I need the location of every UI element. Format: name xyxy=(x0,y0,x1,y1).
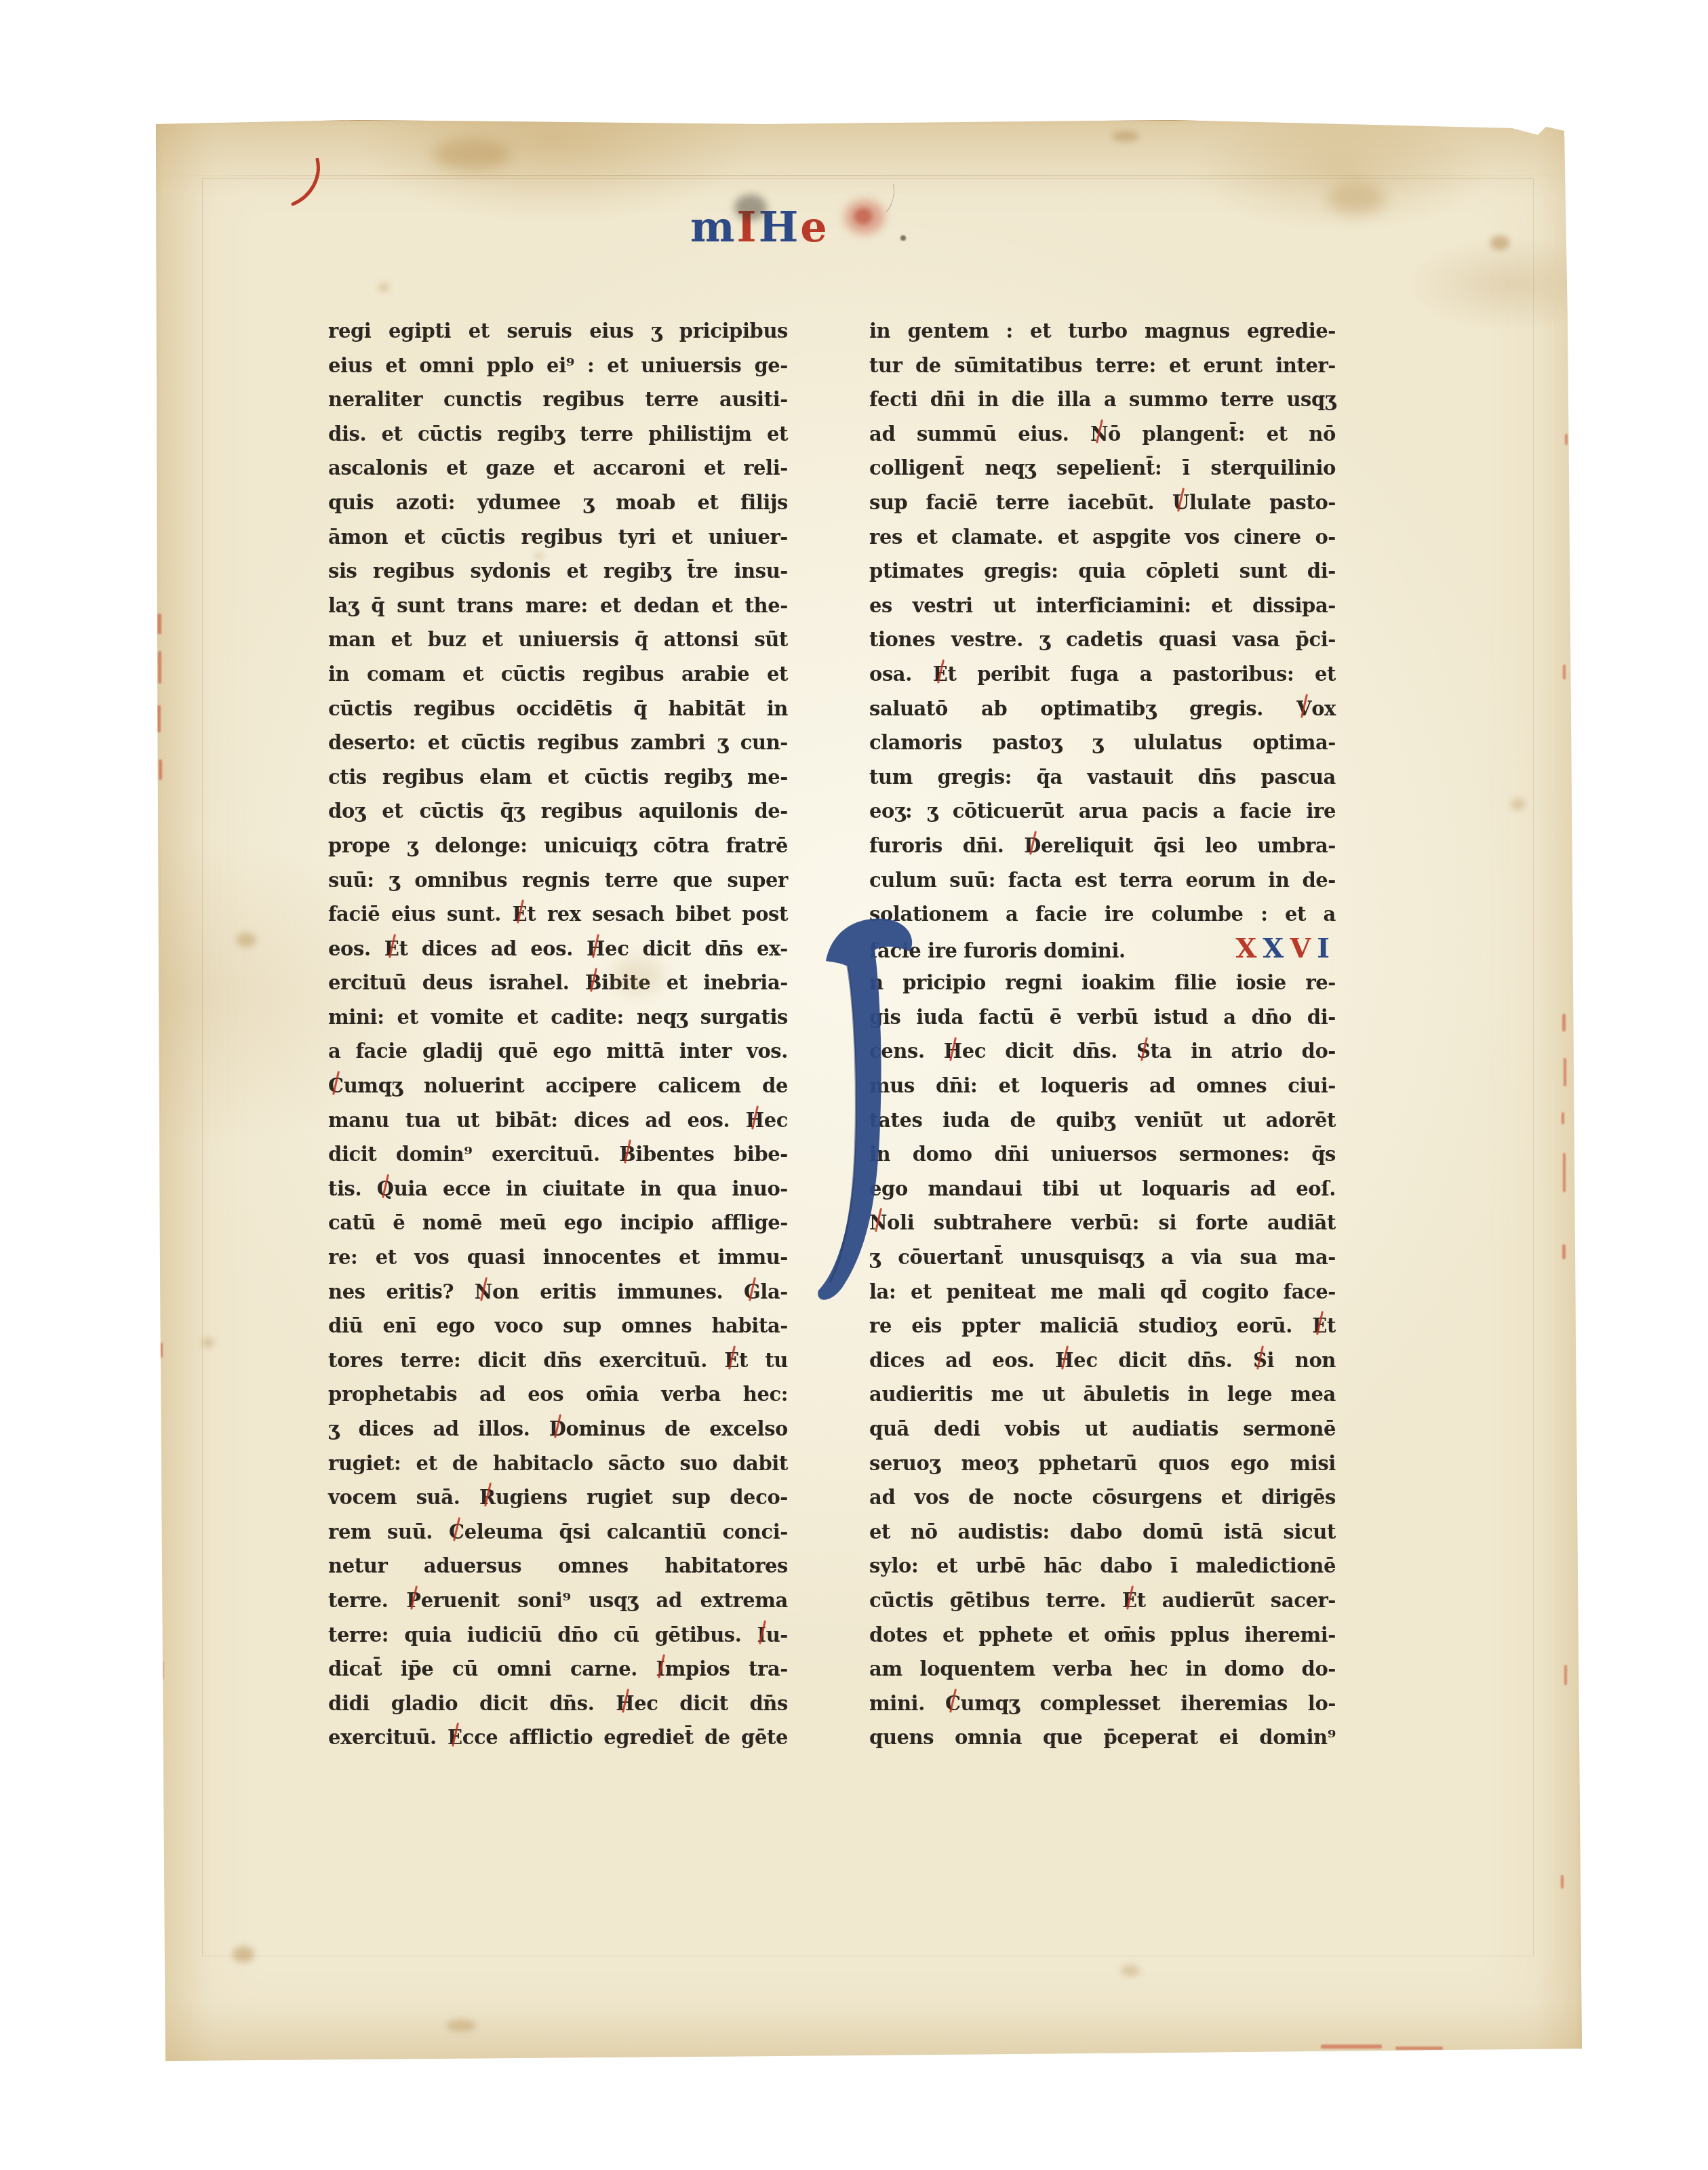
text-line-left-35: vocem suā. Rugiens rugiet sup deco- xyxy=(328,1480,788,1515)
text-line-left-37: netur aduersus omnes habitatores xyxy=(328,1549,788,1583)
text-line-left-3: neraliter cunctis regibus terre ausiti- xyxy=(328,382,788,417)
red-edge-fleck xyxy=(1561,1875,1564,1889)
text-line-right-7: res et clamate. et aspgite vos cinere o- xyxy=(869,520,1336,555)
text-line-right-41: mini. Cumqʒ complesset iheremias lo- xyxy=(869,1686,1336,1721)
text-line-right-39: dotes et pphete et om̄is pplus iheremi- xyxy=(869,1618,1336,1653)
text-line-left-5: ascalonis et gaze et accaroni et reli- xyxy=(328,451,788,486)
text-line-left-29: nes eritis? Non eritis immunes. Gla- xyxy=(328,1275,788,1309)
text-line-left-20: ercituū deus israhel. Bibite et inebria- xyxy=(328,966,788,1000)
text-line-right-10: tiones vestre. ʒ cadetis quasi vasa p̄ci… xyxy=(869,623,1336,657)
running-title-letter: m xyxy=(690,202,737,252)
text-line-right-5: colligent̄ neqʒ sepelient̄: ī sterquilin… xyxy=(869,451,1336,486)
red-edge-fleck xyxy=(1321,2045,1382,2049)
text-line-right-26: ego mandaui tibi ut loquaris ad eoſ. xyxy=(869,1172,1336,1206)
text-line-left-31: tores terre: dicit dn̄s exercituū. Et tu xyxy=(328,1343,788,1378)
text-line-left-14: ctis regibus elam et cūctis regibʒ me- xyxy=(328,760,788,795)
text-line-left-16: prope ʒ delonge: unicuiqʒ cōtra fratrē xyxy=(328,829,788,863)
text-line-right-17: culum suū: facta est terra eorum in de- xyxy=(869,863,1336,898)
rubricated-capital: B xyxy=(585,966,601,1000)
red-edge-fleck xyxy=(1563,1153,1566,1192)
text-line-right-28: ʒ cōuertant̄ unusquisqʒ a via sua ma- xyxy=(869,1240,1336,1275)
text-line-right-3: fecti dn̄i in die illa a summo terre usq… xyxy=(869,382,1336,417)
text-line-left-38: terre. Peruenit soni⁹ usqʒ ad extrema xyxy=(328,1583,788,1618)
rubricated-capital: R xyxy=(479,1480,496,1515)
rubricated-capital: E xyxy=(1312,1309,1327,1343)
running-title-letter: I xyxy=(737,202,759,252)
rubricated-capital: Q xyxy=(377,1172,394,1206)
rubricated-capital: H xyxy=(944,1034,962,1069)
text-line-left-36: rem suū. Celeuma q̄si calcantiū conci- xyxy=(328,1515,788,1550)
text-column-right: in gentem : et turbo magnus egredie-tur … xyxy=(869,314,1336,1755)
rubricated-capital: E xyxy=(1122,1583,1137,1618)
text-line-left-10: man et buz et uniuersis q̄ attonsi sūt xyxy=(328,623,788,657)
rubricated-capital: D xyxy=(1024,829,1041,863)
rubricated-capital: C xyxy=(328,1069,344,1103)
text-line-right-12: saluatō ab optimatibʒ gregis. Vox xyxy=(869,692,1336,726)
text-line-right-6: sup faciē terre iacebūt. Ululate pasto- xyxy=(869,486,1336,520)
rubricated-capital: C xyxy=(945,1686,961,1721)
text-line-left-39: terre: quia iudiciū dn̄o cū gētibus. Iu- xyxy=(328,1618,788,1653)
rubricated-capital: H xyxy=(746,1103,764,1138)
text-line-left-12: cūctis regibus occidētis q̄ habitāt in xyxy=(328,692,788,726)
red-edge-fleck xyxy=(1562,1112,1564,1124)
running-title-letter: e xyxy=(800,202,829,252)
rubricated-capital: E xyxy=(448,1720,462,1755)
red-edge-fleck xyxy=(160,1343,163,1358)
red-edge-fleck xyxy=(159,759,162,780)
text-line-left-23: Cumqʒ noluerint accipere calicem de xyxy=(328,1069,788,1103)
text-line-left-30: diū enī ego voco sup omnes habita- xyxy=(328,1309,788,1343)
text-column-left: regi egipti et seruis eius ʒ pricipibuse… xyxy=(328,314,788,1755)
red-edge-fleck xyxy=(1562,1014,1566,1031)
text-line-right-15: eoʒ: ʒ cōticuerūt arua pacis a facie ire xyxy=(869,794,1336,829)
red-edge-fleck xyxy=(157,705,161,732)
text-line-left-33: ʒ dices ad illos. Dominus de excelso xyxy=(328,1412,788,1446)
rubricated-capital: E xyxy=(933,657,948,692)
red-edge-fleck xyxy=(1395,2047,1443,2050)
rubricated-capital: U xyxy=(1172,486,1189,520)
red-edge-fleck xyxy=(1562,1244,1566,1259)
paper-sheet: mIHe regi egipti et seruis eius ʒ pricip… xyxy=(155,119,1583,2065)
text-line-right-18: solationem a facie ire columbe : et a xyxy=(869,897,1336,932)
red-edge-fleck xyxy=(1564,1665,1567,1685)
text-line-right-22: cens. Hec dicit dn̄s. Sta in atrio do- xyxy=(869,1034,1336,1069)
rubricated-capital: V xyxy=(1296,692,1311,726)
text-line-left-18: faciē eius sunt. Et rex sesach bibet pos… xyxy=(328,897,788,932)
text-line-right-4: ad summū eius. Nō plangent̄: et nō xyxy=(869,417,1336,452)
text-line-left-13: deserto: et cūctis regibus zambri ʒ cun- xyxy=(328,726,788,760)
text-line-right-25: in domo dn̄i uniuersos sermones: q̄s xyxy=(869,1137,1336,1172)
text-line-right-30: re eis ppter maliciā studioʒ eorū. Et xyxy=(869,1309,1336,1343)
foxing-spot xyxy=(446,2019,476,2032)
rubricated-capital: C xyxy=(449,1515,464,1550)
text-line-right-37: sylo: et urbē hāc dabo ī maledictionē xyxy=(869,1549,1336,1583)
text-line-left-7: āmon et cūctis regibus tyri et uniuer- xyxy=(328,520,788,555)
red-edge-fleck xyxy=(161,1661,163,1679)
text-line-left-22: a facie gladij quē ego mittā inter vos. xyxy=(328,1034,788,1069)
running-title-flourish xyxy=(287,158,331,208)
text-line-right-2: tur de sūmitatibus terre: et erunt inter… xyxy=(869,349,1336,383)
text-line-left-11: in comam et cūctis regibus arabie et xyxy=(328,657,788,692)
rubricated-capital: E xyxy=(724,1343,739,1378)
text-line-left-27: catū ē nomē meū ego incipio afflige- xyxy=(328,1206,788,1240)
chapter-numeral-letter: X xyxy=(1263,932,1290,964)
red-edge-fleck xyxy=(157,614,161,634)
red-edge-fleck xyxy=(1565,434,1568,445)
rubricated-capital: D xyxy=(549,1412,566,1446)
rubricated-capital: S xyxy=(1253,1343,1267,1378)
rubricated-capital: H xyxy=(587,932,605,966)
red-edge-fleck xyxy=(1563,665,1566,679)
rubricated-capital: E xyxy=(384,932,399,966)
text-line-right-29: la: et peniteat me mali qd̄ cogito face- xyxy=(869,1275,1336,1309)
text-line-right-27: Noli subtrahere verbū: si forte audiāt xyxy=(869,1206,1336,1240)
chapter-numeral-xxvi: XXVI xyxy=(1235,932,1336,966)
rubricated-capital: B xyxy=(619,1137,635,1172)
illuminated-initial-i xyxy=(814,905,922,1326)
text-line-right-24: tates iuda de quibʒ veniūt ut adorēt xyxy=(869,1103,1336,1138)
text-line-right-31: dices ad eos. Hec dicit dn̄s. Si non xyxy=(869,1343,1336,1378)
text-line-left-8: sis regibus sydonis et regibʒ t̄re insu- xyxy=(328,554,788,589)
text-line-left-1: regi egipti et seruis eius ʒ pricipibus xyxy=(328,314,788,349)
rubricated-capital: S xyxy=(1136,1034,1151,1069)
text-line-right-13: clamoris pastoʒ ʒ ululatus optima- xyxy=(869,726,1336,760)
text-line-left-15: doʒ et cūctis q̄ʒ regibus aquilonis de- xyxy=(328,794,788,829)
rubricated-capital: I xyxy=(757,1618,766,1653)
text-line-right-35: ad vos de nocte cōsurgens et dirigēs xyxy=(869,1480,1336,1515)
text-line-left-4: dis. et cūctis regibʒ terre philistijm e… xyxy=(328,417,788,452)
text-line-left-40: dicat̄ ip̄e cū omni carne. Impios tra- xyxy=(328,1652,788,1686)
text-line-right-32: audieritis me ut ābuletis in lege mea xyxy=(869,1377,1336,1412)
text-line-left-24: manu tua ut bibāt: dices ad eos. Hec xyxy=(328,1103,788,1138)
text-line-left-34: rugiet: et de habitaclo sācto suo dabit xyxy=(328,1446,788,1481)
text-line-right-21: gis iuda factū ē verbū istud a dn̄o di- xyxy=(869,1000,1336,1035)
chapter-numeral-letter: V xyxy=(1290,932,1317,964)
rubricated-capital: E xyxy=(513,897,528,932)
text-line-left-28: re: et vos quasi innocentes et immu- xyxy=(328,1240,788,1275)
text-line-right-38: cūctis gētibus terre. Et audierūt sacer- xyxy=(869,1583,1336,1618)
rubricated-capital: H xyxy=(616,1686,634,1721)
text-line-left-19: eos. Et dices ad eos. Hec dicit dn̄s ex- xyxy=(328,932,788,966)
text-line-right-33: quā dedi vobis ut audiatis sermonē xyxy=(869,1412,1336,1446)
text-line-right-40: am loquentem verba hec in domo do- xyxy=(869,1652,1336,1686)
rubricated-capital: N xyxy=(475,1275,492,1309)
text-line-left-32: prophetabis ad eos om̄ia verba hec: xyxy=(328,1377,788,1412)
rubricated-capital: G xyxy=(744,1275,760,1309)
text-line-right-14: tum gregis: q̄a vastauit dn̄s pascua xyxy=(869,760,1336,795)
text-line-left-41: didi gladio dicit dn̄s. Hec dicit dn̄s xyxy=(328,1686,788,1721)
text-line-right-9: es vestri ut interficiamini: et dissipa- xyxy=(869,589,1336,623)
text-line-right-11: osa. Et peribit fuga a pastoribus: et xyxy=(869,657,1336,692)
foxing-spot xyxy=(1112,131,1139,142)
text-line-right-23: mus dn̄i: et loqueris ad omnes ciui- xyxy=(869,1069,1336,1103)
text-line-right-1: in gentem : et turbo magnus egredie- xyxy=(869,314,1336,349)
running-title: mIHe xyxy=(690,200,829,254)
red-edge-fleck xyxy=(158,651,161,684)
text-line-right-16: furoris dn̄i. Dereliquit q̄si leo umbra- xyxy=(869,829,1336,863)
running-title-letter: H xyxy=(759,202,801,252)
sheet-top-edge xyxy=(155,119,1583,121)
text-line-left-42: exercituū. Ecce afflictio egrediet̄ de g… xyxy=(328,1720,788,1755)
rubricated-capital: P xyxy=(406,1583,420,1618)
scan-background: { "document": { "kind": "printed bible l… xyxy=(0,0,1708,2170)
text-line-left-6: quis azoti: ydumee ʒ moab et filijs xyxy=(328,486,788,520)
crease-line xyxy=(155,175,1583,176)
text-line-left-17: suū: ʒ omnibus regnis terre que super xyxy=(328,863,788,898)
text-line-right-19: facie ire furoris domini.XXVI xyxy=(869,932,1336,966)
foxing-spot xyxy=(433,139,511,170)
text-line-left-9: laʒ q̄ sunt trans mare: et dedan et the- xyxy=(328,589,788,623)
text-line-right-36: et nō audistis: dabo domū istā sicut xyxy=(869,1515,1336,1550)
text-line-left-2: eius et omni pplo ei⁹ : et uniuersis ge- xyxy=(328,349,788,383)
text-line-left-26: tis. Quia ecce in ciuitate in qua inuo- xyxy=(328,1172,788,1206)
chapter-numeral-letter: X xyxy=(1235,932,1263,964)
rubricated-capital: N xyxy=(1090,417,1108,452)
text-line-right-8: ptimates gregis: quia cōpleti sunt di- xyxy=(869,554,1336,589)
foxing-spot xyxy=(1121,1965,1140,1976)
text-line-left-25: dicit domin⁹ exercituū. Bibentes bibe- xyxy=(328,1137,788,1172)
text-line-right-20: n pricipio regni ioakim filie iosie re- xyxy=(869,966,1336,1000)
chapter-numeral-letter: I xyxy=(1317,932,1336,964)
text-line-left-21: mini: et vomite et cadite: neqʒ surgatis xyxy=(328,1000,788,1035)
red-edge-fleck xyxy=(1564,1058,1566,1086)
rubricated-capital: I xyxy=(656,1652,665,1686)
text-line-right-42: quens omnia que p̄ceperat ei domin⁹ xyxy=(869,1720,1336,1755)
text-line-right-34: seruoʒ meoʒ pphetarū quos ego misi xyxy=(869,1446,1336,1481)
rubricated-capital: H xyxy=(1055,1343,1073,1378)
